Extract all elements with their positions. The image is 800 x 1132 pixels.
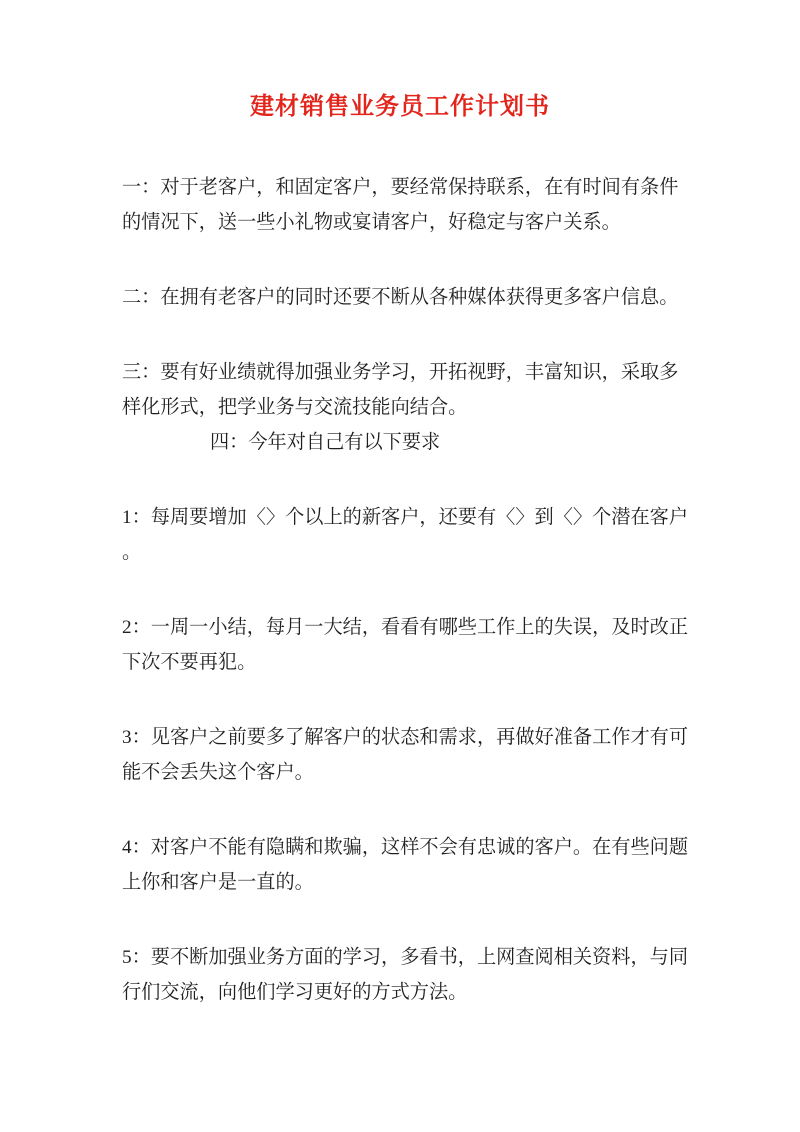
text-line: 2：一周一小结，每月一大结，看看有哪些工作上的失误，及时改正 — [122, 610, 710, 645]
paragraph-requirement-5: 5：要不断加强业务方面的学习，多看书，上网查阅相关资料，与同 行们交流，向他们学… — [122, 940, 710, 1010]
page-title: 建材销售业务员工作计划书 — [0, 0, 800, 124]
paragraph-requirement-4: 4：对客户不能有隐瞒和欺骗，这样不会有忠诚的客户。在有些问题 上你和客户是一直的… — [122, 830, 710, 900]
text-line: 5：要不断加强业务方面的学习，多看书，上网查阅相关资料，与同 — [122, 940, 710, 975]
text-line: 4：对客户不能有隐瞒和欺骗，这样不会有忠诚的客户。在有些问题 — [122, 830, 710, 865]
text-line: 下次不要再犯。 — [122, 645, 710, 680]
text-line: 。 — [122, 535, 710, 570]
text-line: 二：在拥有老客户的同时还要不断从各种媒体获得更多客户信息。 — [122, 280, 710, 315]
document-page: 建材销售业务员工作计划书 一：对于老客户，和固定客户，要经常保持联系，在有时间有… — [0, 0, 800, 1132]
text-line: 能不会丢失这个客户。 — [122, 755, 710, 790]
text-line: 行们交流，向他们学习更好的方式方法。 — [122, 975, 710, 1010]
text-line: 一：对于老客户，和固定客户，要经常保持联系，在有时间有条件 — [122, 170, 710, 205]
paragraph-section-3: 三：要有好业绩就得加强业务学习，开拓视野，丰富知识，采取多 样化形式，把学业务与… — [122, 355, 710, 425]
paragraph-requirement-1: 1：每周要增加〈〉个以上的新客户，还要有〈〉到〈〉个潜在客户 。 — [122, 500, 710, 570]
text-line: 样化形式，把学业务与交流技能向结合。 — [122, 390, 710, 425]
paragraph-section-1: 一：对于老客户，和固定客户，要经常保持联系，在有时间有条件 的情况下，送一些小礼… — [122, 170, 710, 240]
paragraph-requirement-2: 2：一周一小结，每月一大结，看看有哪些工作上的失误，及时改正 下次不要再犯。 — [122, 610, 710, 680]
text-line: 1：每周要增加〈〉个以上的新客户，还要有〈〉到〈〉个潜在客户 — [122, 500, 710, 535]
text-line: 三：要有好业绩就得加强业务学习，开拓视野，丰富知识，采取多 — [122, 355, 710, 390]
paragraph-requirement-3: 3：见客户之前要多了解客户的状态和需求，再做好准备工作才有可 能不会丢失这个客户… — [122, 720, 710, 790]
text-line: 的情况下，送一些小礼物或宴请客户，好稳定与客户关系。 — [122, 205, 710, 240]
paragraph-section-4: 四：今年对自己有以下要求 — [122, 425, 710, 460]
text-line: 四：今年对自己有以下要求 — [122, 425, 710, 460]
text-line: 3：见客户之前要多了解客户的状态和需求，再做好准备工作才有可 — [122, 720, 710, 755]
paragraph-section-2: 二：在拥有老客户的同时还要不断从各种媒体获得更多客户信息。 — [122, 280, 710, 315]
text-line: 上你和客户是一直的。 — [122, 865, 710, 900]
document-body: 一：对于老客户，和固定客户，要经常保持联系，在有时间有条件 的情况下，送一些小礼… — [122, 170, 710, 1010]
